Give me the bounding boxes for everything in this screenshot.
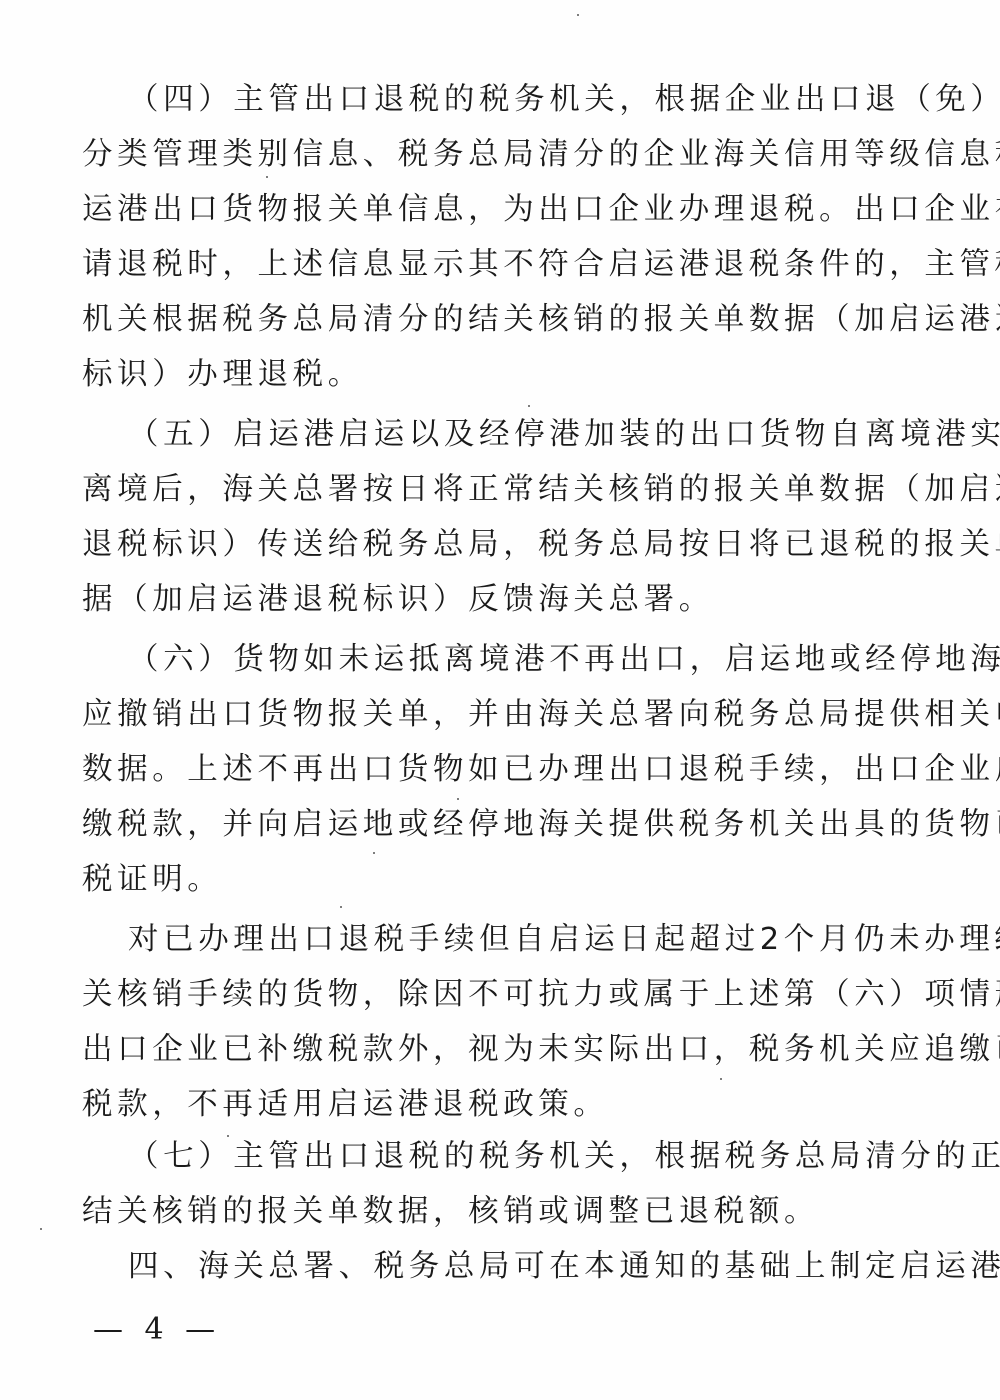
text-line: 请退税时，上述信息显示其不符合启运港退税条件的，主管税务 (82, 243, 922, 287)
page-number: — 4 — (93, 1310, 221, 1350)
text-line: 离境后，海关总署按日将正常结关核销的报关单数据（加启运港 (82, 468, 922, 512)
text-line: 机关根据税务总局清分的结关核销的报关单数据（加启运港退税 (82, 298, 922, 342)
text-line: 分类管理类别信息、税务总局清分的企业海关信用等级信息和启 (82, 133, 922, 177)
text-line: 运港出口货物报关单信息，为出口企业办理退税。出口企业在申 (82, 188, 922, 232)
text-line: 退税标识）传送给税务总局，税务总局按日将已退税的报关单数 (82, 523, 922, 567)
text-line: （六）货物如未运抵离境港不再出口，启运地或经停地海关 (128, 638, 922, 682)
scan-speck (227, 1135, 229, 1137)
scan-speck (457, 798, 459, 800)
scan-speck (577, 14, 579, 16)
text-line: 税款，不再适用启运港退税政策。 (82, 1083, 922, 1127)
scan-speck (528, 405, 530, 407)
scan-speck (373, 852, 375, 854)
text-line: 对已办理出口退税手续但自启运日起超过2个月仍未办理结 (128, 918, 922, 962)
text-line: 结关核销的报关单数据，核销或调整已退税额。 (82, 1190, 922, 1234)
text-line: 关核销手续的货物，除因不可抗力或属于上述第（六）项情形且 (82, 973, 922, 1017)
text-line: 出口企业已补缴税款外，视为未实际出口，税务机关应追缴已退 (82, 1028, 922, 1072)
text-line: 数据。上述不再出口货物如已办理出口退税手续，出口企业应补 (82, 748, 922, 792)
text-line: 据（加启运港退税标识）反馈海关总署。 (82, 578, 922, 622)
scan-speck (40, 1228, 42, 1230)
section-heading-line: 四、海关总署、税务总局可在本通知的基础上制定启运港退 (128, 1245, 922, 1289)
scan-speck (266, 176, 268, 178)
document-page: （四）主管出口退税的税务机关，根据企业出口退（免）税 分类管理类别信息、税务总局… (0, 0, 1000, 1400)
text-line: （七）主管出口退税的税务机关，根据税务总局清分的正常 (128, 1135, 922, 1179)
text-line: 应撤销出口货物报关单，并由海关总署向税务总局提供相关电子 (82, 693, 922, 737)
scan-speck (340, 906, 342, 908)
text-line: 标识）办理退税。 (82, 353, 922, 397)
text-line: （四）主管出口退税的税务机关，根据企业出口退（免）税 (128, 78, 922, 122)
text-line: （五）启运港启运以及经停港加装的出口货物自离境港实际 (128, 413, 922, 457)
scan-speck (720, 1078, 722, 1080)
text-line: 税证明。 (82, 858, 922, 902)
text-line: 缴税款，并向启运地或经停地海关提供税务机关出具的货物已补 (82, 803, 922, 847)
